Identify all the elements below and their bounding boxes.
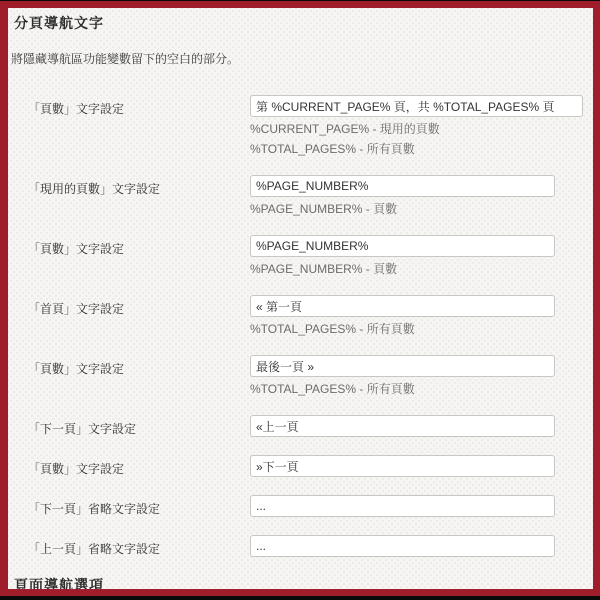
field-label: 「頁數」文字設定 xyxy=(28,455,250,477)
form-row: 「下一頁」省略文字設定 xyxy=(8,495,593,517)
field-hint: %TOTAL_PAGES% - 所有頁數 xyxy=(250,141,593,157)
field-label: 「頁數」文字設定 xyxy=(28,355,250,377)
page-title: 分頁導航文字 xyxy=(14,13,593,33)
field-control: %TOTAL_PAGES% - 所有頁數 xyxy=(250,295,593,337)
field-label: 「頁數」文字設定 xyxy=(28,235,250,257)
text-input[interactable] xyxy=(250,455,555,477)
field-label: 「下一頁」文字設定 xyxy=(28,415,250,437)
form-row: 「現用的頁數」文字設定 %PAGE_NUMBER% - 頁數 xyxy=(8,175,593,217)
field-hint: %PAGE_NUMBER% - 頁數 xyxy=(250,201,593,217)
section-description: 將隱藏導航區功能變數留下的空白的部分。 xyxy=(11,50,593,67)
form-row: 「頁數」文字設定 %PAGE_NUMBER% - 頁數 xyxy=(8,235,593,277)
field-label: 「頁數」文字設定 xyxy=(28,95,250,117)
text-input[interactable] xyxy=(250,95,583,117)
field-control xyxy=(250,495,593,517)
field-hint: %PAGE_NUMBER% - 頁數 xyxy=(250,261,593,277)
field-control xyxy=(250,415,593,437)
text-input[interactable] xyxy=(250,415,555,437)
text-input[interactable] xyxy=(250,175,555,197)
field-control: %TOTAL_PAGES% - 所有頁數 xyxy=(250,355,593,397)
field-control: %PAGE_NUMBER% - 頁數 xyxy=(250,235,593,277)
text-input[interactable] xyxy=(250,295,555,317)
form-row: 「上一頁」省略文字設定 xyxy=(8,535,593,557)
field-control: %CURRENT_PAGE% - 現用的頁數%TOTAL_PAGES% - 所有… xyxy=(250,95,593,157)
field-label: 「首頁」文字設定 xyxy=(28,295,250,317)
field-hint: %CURRENT_PAGE% - 現用的頁數 xyxy=(250,121,593,137)
field-label: 「現用的頁數」文字設定 xyxy=(28,175,250,197)
text-input[interactable] xyxy=(250,355,555,377)
form-row: 「頁數」文字設定 %CURRENT_PAGE% - 現用的頁數%TOTAL_PA… xyxy=(8,95,593,157)
field-label: 「上一頁」省略文字設定 xyxy=(28,535,250,557)
form-row: 「首頁」文字設定 %TOTAL_PAGES% - 所有頁數 xyxy=(8,295,593,337)
form-row: 「頁數」文字設定 xyxy=(8,455,593,477)
settings-page: 分頁導航文字 將隱藏導航區功能變數留下的空白的部分。 「頁數」文字設定 %CUR… xyxy=(0,1,600,596)
field-label: 「下一頁」省略文字設定 xyxy=(28,495,250,517)
text-input[interactable] xyxy=(250,495,555,517)
form-row: 「頁數」文字設定 %TOTAL_PAGES% - 所有頁數 xyxy=(8,355,593,397)
field-control xyxy=(250,455,593,477)
field-control xyxy=(250,535,593,557)
field-control: %PAGE_NUMBER% - 頁數 xyxy=(250,175,593,217)
pagination-text-form: 「頁數」文字設定 %CURRENT_PAGE% - 現用的頁數%TOTAL_PA… xyxy=(8,95,593,557)
next-section-title: 頁面導航選項 xyxy=(14,575,593,595)
text-input[interactable] xyxy=(250,235,555,257)
field-hint: %TOTAL_PAGES% - 所有頁數 xyxy=(250,321,593,337)
field-hint: %TOTAL_PAGES% - 所有頁數 xyxy=(250,381,593,397)
form-row: 「下一頁」文字設定 xyxy=(8,415,593,437)
text-input[interactable] xyxy=(250,535,555,557)
